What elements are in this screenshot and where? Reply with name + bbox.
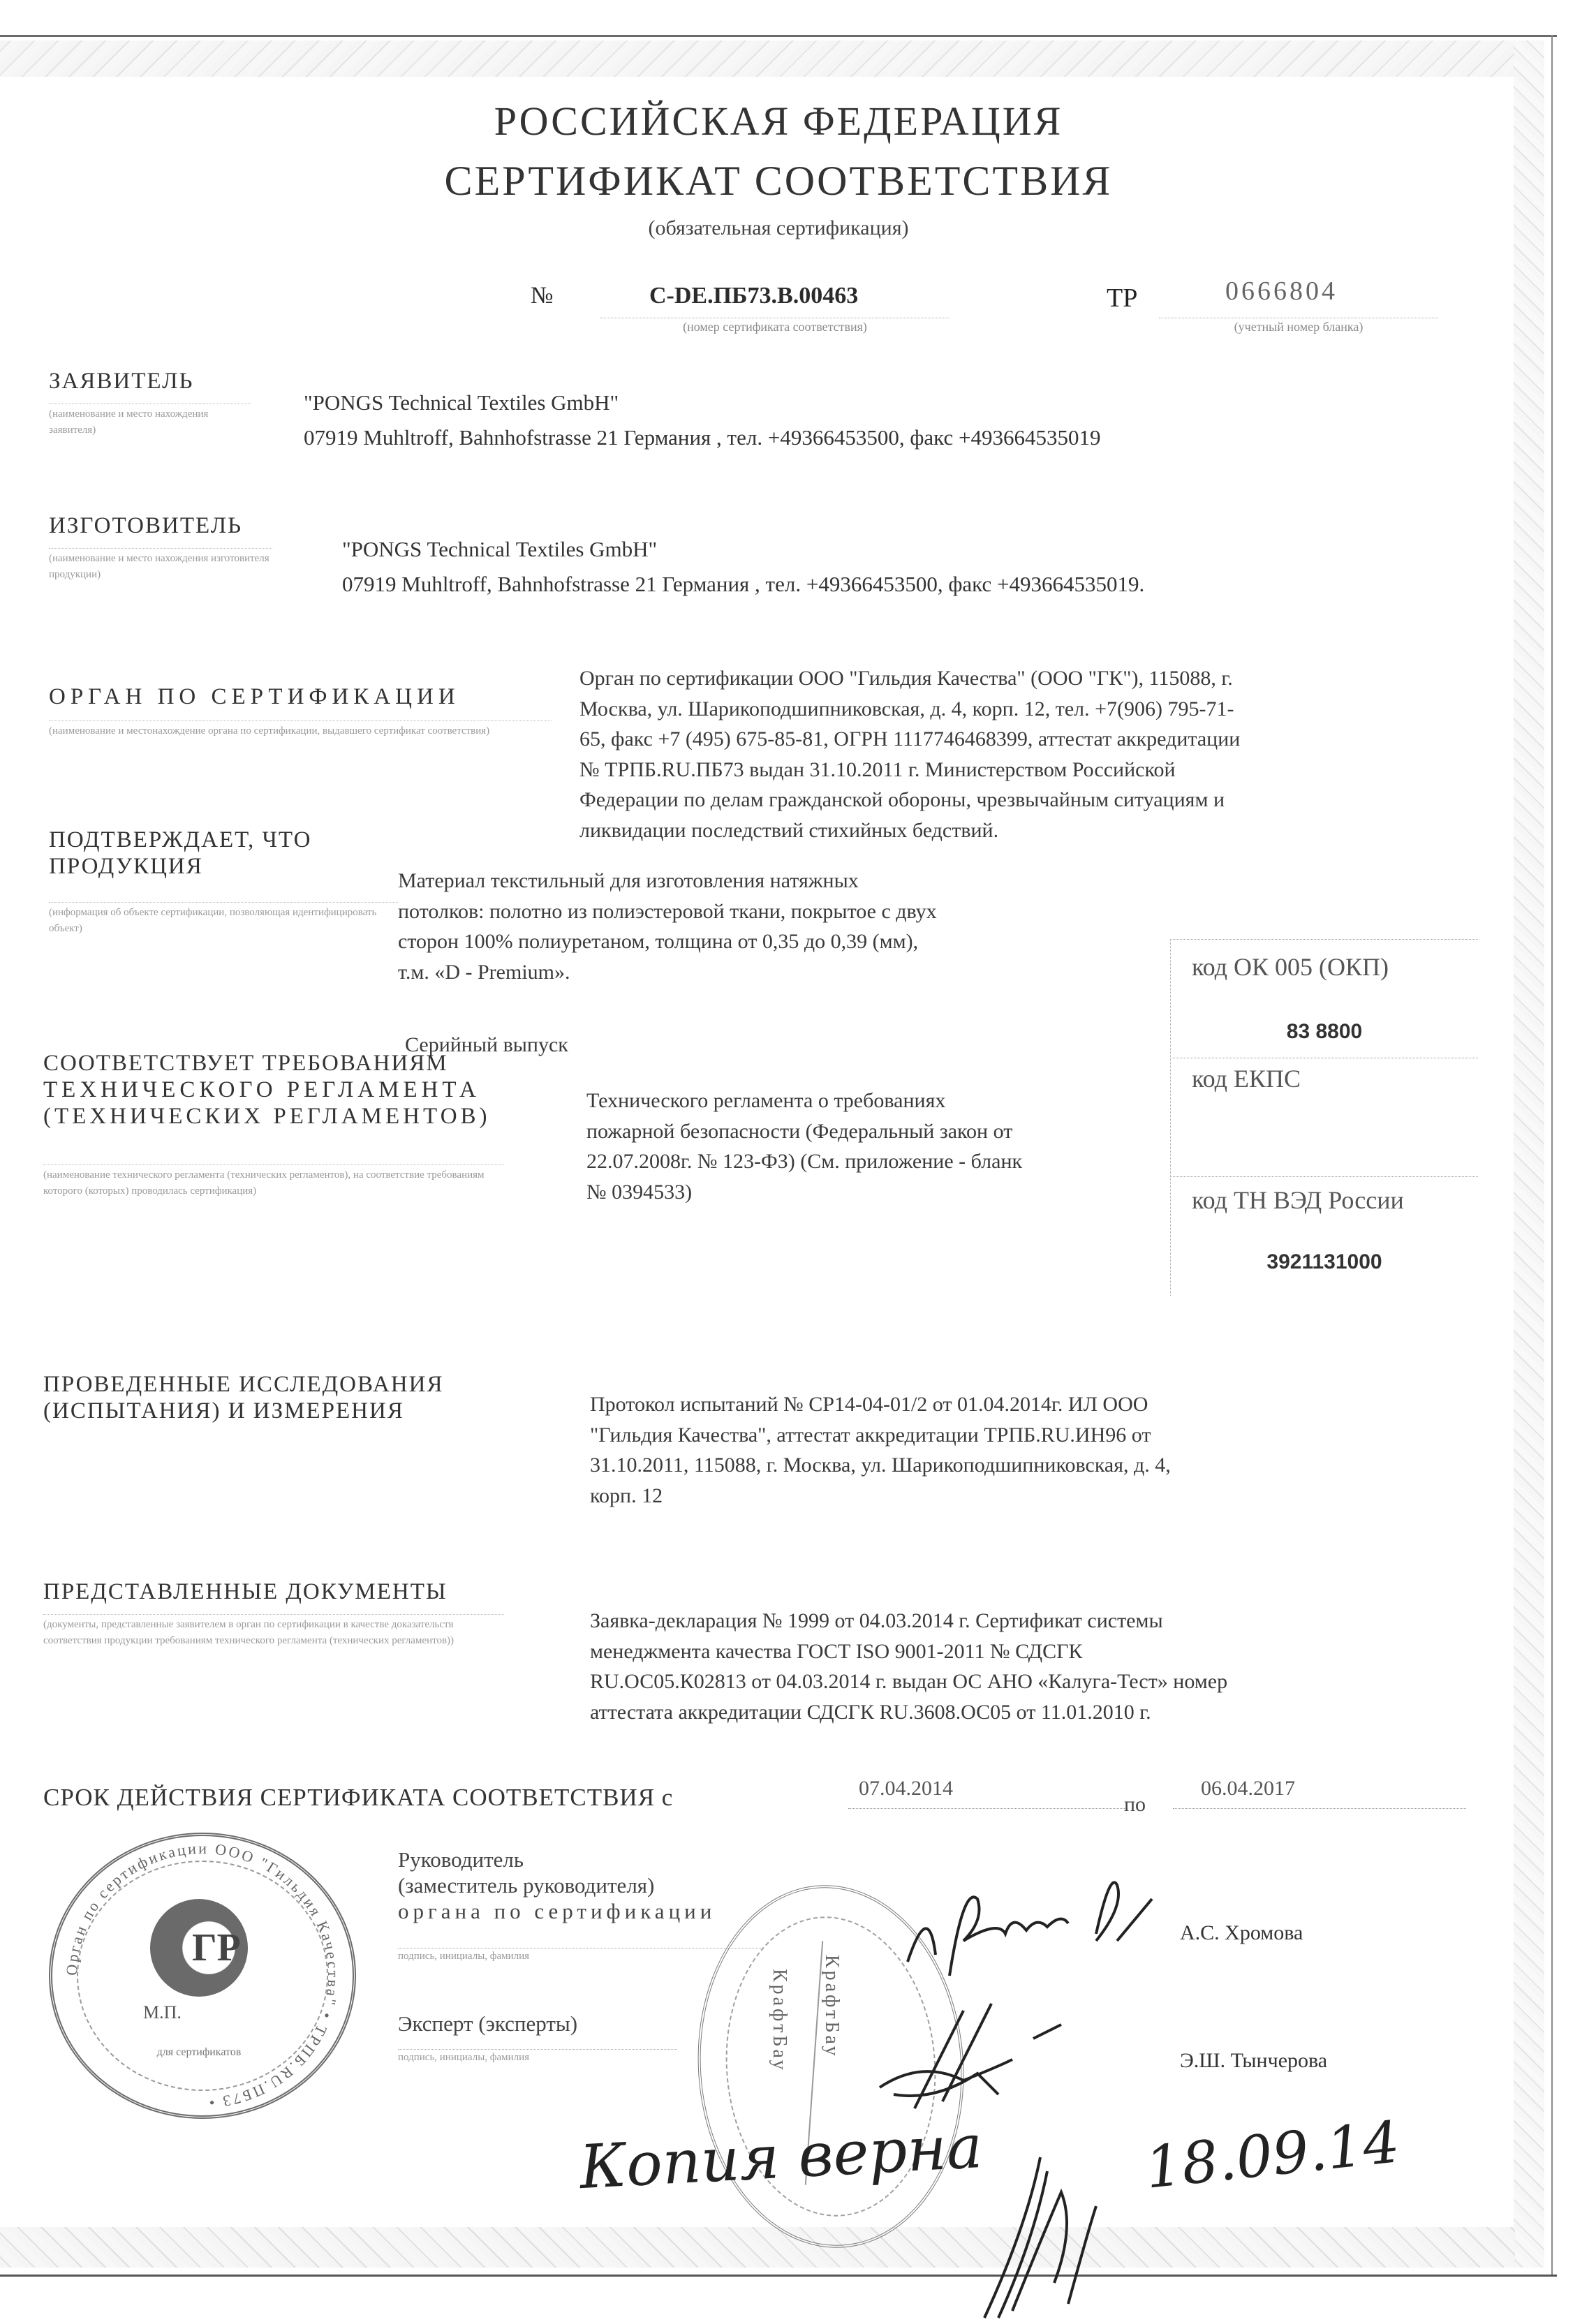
document-title: СЕРТИФИКАТ СООТВЕТСТВИЯ xyxy=(0,157,1557,205)
ekps-code-label: код ЕКПС xyxy=(1192,1064,1301,1093)
frame-ornament-bottom xyxy=(0,2227,1515,2268)
product-heading-line: ПОДТВЕРЖДАЕТ, ЧТО xyxy=(49,827,311,854)
tp-label: ТР xyxy=(1107,283,1137,313)
company-stamp-text: КрафтБау xyxy=(768,1969,790,2073)
product-heading: ПОДТВЕРЖДАЕТ, ЧТО ПРОДУКЦИЯ xyxy=(49,827,311,880)
applicant-name: "PONGS Technical Textiles GmbH" xyxy=(304,387,619,418)
documents-heading: ПРЕДСТАВЛЕННЫЕ ДОКУМЕНТЫ xyxy=(43,1579,448,1606)
okp-code-label: код ОК 005 (ОКП) xyxy=(1192,952,1389,982)
regulations-line: пожарной безопасности (Федеральный закон… xyxy=(586,1116,1173,1147)
certification-body-line: Москва, ул. Шарикоподшипниковская, д. 4,… xyxy=(579,694,1515,725)
stamp-logo-text: ГР xyxy=(192,1925,241,1970)
documents-line: менеджмента качества ГОСТ ISO 9001-2011 … xyxy=(590,1636,1519,1667)
handwritten-date: 18.09.14 xyxy=(1142,2109,1403,2202)
certification-body-line: 65, факс +7 (495) 675-85-81, ОГРН 111774… xyxy=(579,724,1515,755)
certification-body-heading: ОРГАН ПО СЕРТИФИКАЦИИ xyxy=(49,684,460,711)
ekps-code-box: код ЕКПС xyxy=(1170,1058,1478,1177)
regulations-heading-line: ТЕХНИЧЕСКОГО РЕГЛАМЕНТА xyxy=(43,1077,553,1104)
regulations-caption: (наименование технического регламента (т… xyxy=(43,1164,504,1200)
frame-right-line xyxy=(1551,35,1553,2276)
frame-ornament-right xyxy=(1514,40,1544,2268)
certificate-number: С-DE.ПБ73.В.00463 xyxy=(649,283,858,309)
tests-line: 31.10.2011, 115088, г. Москва, ул. Шарик… xyxy=(590,1450,1498,1481)
tests-line: Протокол испытаний № СР14-04-01/2 от 01.… xyxy=(590,1389,1498,1420)
tnved-code-value: 3921131000 xyxy=(1171,1250,1478,1274)
stamp-mark-mp: М.П. xyxy=(143,2002,182,2023)
document-subtitle: (обязательная сертификация) xyxy=(0,216,1557,240)
regulations-line: 22.07.2008г. № 123-ФЗ) (См. приложение -… xyxy=(586,1146,1173,1177)
documents-line: аттестата аккредитации СДСГК RU.3608.ОС0… xyxy=(590,1697,1519,1728)
manufacturer-caption: (наименование и место нахождения изготов… xyxy=(49,548,272,584)
regulations-text: Технического регламента о требованиях по… xyxy=(586,1086,1173,1207)
certificate-number-caption: (номер сертификата соответствия) xyxy=(600,318,950,334)
expert-signature-caption: подпись, инициалы, фамилия xyxy=(398,2049,677,2064)
blank-number-caption: (учетный номер бланка) xyxy=(1159,318,1438,334)
applicant-heading: ЗАЯВИТЕЛЬ xyxy=(49,369,193,395)
regulations-heading: СООТВЕТСТВУЕТ ТРЕБОВАНИЯМ ТЕХНИЧЕСКОГО Р… xyxy=(43,1051,553,1130)
product-heading-line: ПРОДУКЦИЯ xyxy=(49,854,311,880)
okp-code-box: код ОК 005 (ОКП) 83 8800 xyxy=(1170,939,1478,1058)
documents-line: RU.ОС05.К02813 от 04.03.2014 г. выдан ОС… xyxy=(590,1666,1519,1697)
tnved-code-box: код ТН ВЭД России 3921131000 xyxy=(1170,1176,1478,1296)
head-role-line: органа по сертификации xyxy=(398,1898,716,1924)
blank-number: 0666804 xyxy=(1225,276,1338,306)
documents-caption: (документы, представленные заявителем в … xyxy=(43,1614,504,1650)
certification-body-line: Орган по сертификации ООО "Гильдия Качес… xyxy=(579,663,1515,694)
head-signature-caption: подпись, инициалы, фамилия xyxy=(398,1948,761,1962)
expert-name: Э.Ш. Тынчерова xyxy=(1180,2049,1327,2073)
tests-heading-line: ПРОВЕДЕННЫЕ ИССЛЕДОВАНИЯ xyxy=(43,1372,443,1398)
manufacturer-address: 07919 Muhltroff, Bahnhofstrasse 21 Герма… xyxy=(342,569,1144,600)
tests-line: "Гильдия Качества", аттестат аккредитаци… xyxy=(590,1420,1498,1451)
tnved-code-label: код ТН ВЭД России xyxy=(1192,1185,1404,1215)
head-role-line: (заместитель руководителя) xyxy=(398,1872,716,1898)
documents-text: Заявка-декларация № 1999 от 04.03.2014 г… xyxy=(590,1606,1519,1727)
regulations-heading-line: СООТВЕТСТВУЕТ ТРЕБОВАНИЯМ xyxy=(43,1051,553,1077)
tests-line: корп. 12 xyxy=(590,1481,1498,1511)
certification-body-details: Орган по сертификации ООО "Гильдия Качес… xyxy=(579,663,1515,845)
product-description: Материал текстильный для изготовления на… xyxy=(398,866,1166,987)
applicant-caption: (наименование и место нахождения заявите… xyxy=(49,404,251,439)
okp-code-value: 83 8800 xyxy=(1171,1020,1478,1044)
regulations-line: № 0394533) xyxy=(586,1177,1173,1208)
applicant-address: 07919 Muhltroff, Bahnhofstrasse 21 Герма… xyxy=(304,422,1100,453)
manufacturer-heading: ИЗГОТОВИТЕЛЬ xyxy=(49,513,242,540)
product-line: т.м. «D - Premium». xyxy=(398,957,1166,988)
manufacturer-name: "PONGS Technical Textiles GmbH" xyxy=(342,534,657,565)
regulations-heading-line: (ТЕХНИЧЕСКИХ РЕГЛАМЕНТОВ) xyxy=(43,1104,553,1130)
copy-signature-icon xyxy=(929,2143,1110,2322)
tests-text: Протокол испытаний № СР14-04-01/2 от 01.… xyxy=(590,1389,1498,1511)
certification-body-caption: (наименование и местонахождение органа п… xyxy=(49,720,552,739)
head-role: Руководитель (заместитель руководителя) … xyxy=(398,1847,716,1925)
certification-body-line: № ТРПБ.RU.ПБ73 выдан 31.10.2011 г. Минис… xyxy=(579,755,1515,785)
frame-bottom-line xyxy=(0,2275,1557,2277)
documents-line: Заявка-декларация № 1999 от 04.03.2014 г… xyxy=(590,1606,1519,1636)
valid-from-date: 07.04.2014 xyxy=(859,1777,953,1800)
regulations-line: Технического регламента о требованиях xyxy=(586,1086,1173,1116)
valid-to-underline xyxy=(1173,1808,1466,1809)
country-title: РОССИЙСКАЯ ФЕДЕРАЦИЯ xyxy=(0,98,1557,145)
validity-label: СРОК ДЕЙСТВИЯ СЕРТИФИКАТА СООТВЕТСТВИЯ с xyxy=(43,1784,673,1812)
head-role-line: Руководитель xyxy=(398,1847,716,1872)
stamp-center-text: для сертификатов xyxy=(126,2046,272,2060)
product-caption: (информация об объекте сертификации, поз… xyxy=(49,902,398,938)
certification-body-line: Федерации по делам гражданской обороны, … xyxy=(579,785,1515,815)
certification-body-line: ликвидации последствий стихийных бедстви… xyxy=(579,815,1515,846)
valid-to-word: по xyxy=(1124,1793,1146,1817)
expert-role: Эксперт (эксперты) xyxy=(398,2011,577,2036)
frame-ornament-top xyxy=(0,40,1515,77)
valid-from-underline xyxy=(848,1808,1128,1809)
head-signature-icon xyxy=(887,1857,1180,1997)
valid-to-date: 06.04.2017 xyxy=(1201,1777,1295,1800)
expert-signature-icon xyxy=(838,1997,1089,2122)
frame-top-line xyxy=(0,35,1557,37)
tests-heading: ПРОВЕДЕННЫЕ ИССЛЕДОВАНИЯ (ИСПЫТАНИЯ) И И… xyxy=(43,1372,443,1425)
tests-heading-line: (ИСПЫТАНИЯ) И ИЗМЕРЕНИЯ xyxy=(43,1398,443,1425)
head-name: А.С. Хромова xyxy=(1180,1921,1303,1945)
product-line: Материал текстильный для изготовления на… xyxy=(398,866,1166,896)
product-line: сторон 100% полиуретаном, толщина от 0,3… xyxy=(398,926,1166,957)
product-line: потолков: полотно из полиэстеровой ткани… xyxy=(398,896,1166,927)
number-sign: № xyxy=(531,283,553,309)
